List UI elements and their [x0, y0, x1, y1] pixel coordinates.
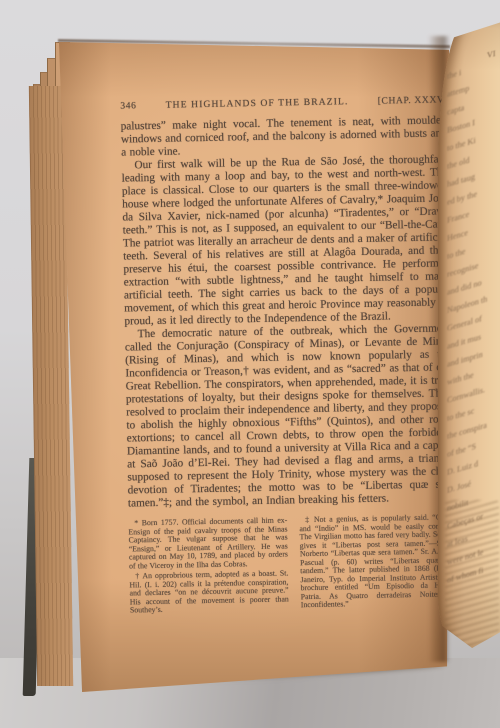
body-text: palustres” make night vocal. The tenemen… [121, 114, 454, 510]
footnote: † An opprobrious term, adopted as a boas… [129, 569, 289, 615]
footnote: * Born 1757. Official documents call him… [128, 516, 288, 570]
opposite-page-blurred-footnote [445, 500, 499, 648]
body-paragraph: Our first walk will be up the Rua de São… [121, 153, 450, 328]
book-photo: 346 THE HIGHLANDS OF THE BRAZIL. [CHAP. … [0, 0, 500, 728]
footnotes-section: * Born 1757. Official documents call him… [128, 513, 460, 617]
page-number: 346 [120, 100, 136, 111]
running-title: THE HIGHLANDS OF THE BRAZIL. [166, 96, 349, 111]
page-content: 346 THE HIGHLANDS OF THE BRAZIL. [CHAP. … [55, 34, 466, 702]
body-paragraph: palustres” make night vocal. The tenemen… [121, 114, 448, 159]
book-page: 346 THE HIGHLANDS OF THE BRAZIL. [CHAP. … [55, 38, 453, 698]
page-header: 346 THE HIGHLANDS OF THE BRAZIL. [CHAP. … [120, 94, 446, 111]
footnote-column-left: * Born 1757. Official documents call him… [128, 516, 289, 617]
opposite-page-curl: VI the i attemp capta Boston I to the Ki… [438, 20, 500, 648]
body-paragraph: The democratic nature of the outbreak, w… [125, 322, 454, 510]
